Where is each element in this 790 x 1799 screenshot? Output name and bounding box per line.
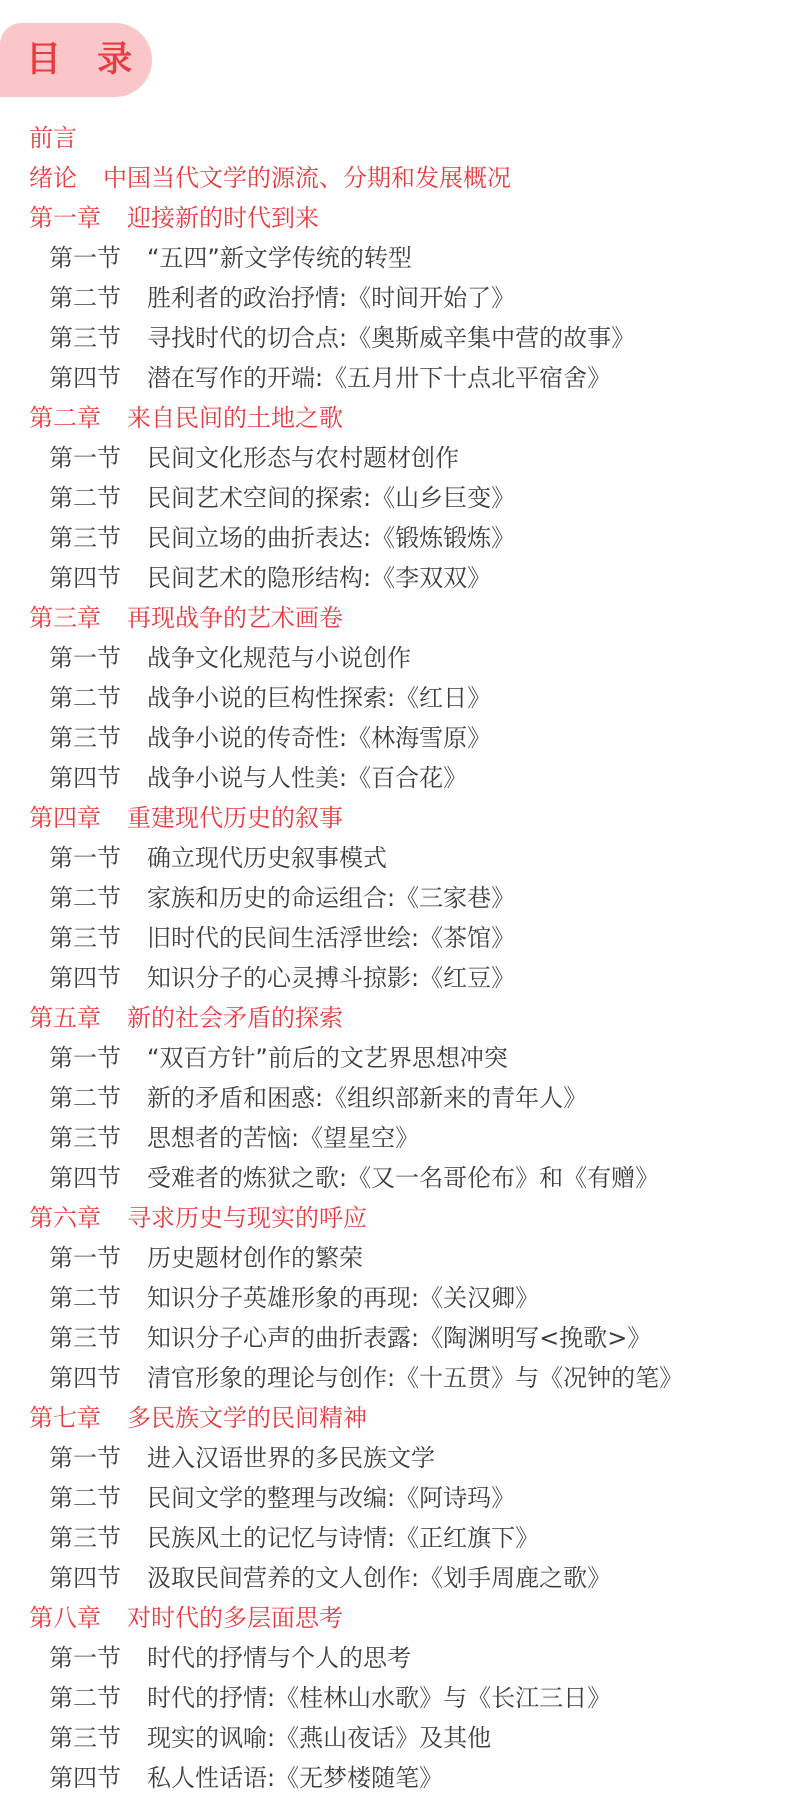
- toc-section-row[interactable]: 第一节时代的抒情与个人的思考: [0, 1638, 790, 1678]
- toc-section-row[interactable]: 第三节民间立场的曲折表达:《锻炼锻炼》: [0, 518, 790, 558]
- toc-item-title: 重建现代历史的叙事: [127, 798, 343, 838]
- toc-section-row[interactable]: 第一节战争文化规范与小说创作: [0, 638, 790, 678]
- toc-section-row[interactable]: 第二节民间文学的整理与改编:《阿诗玛》: [0, 1478, 790, 1518]
- toc-section-row[interactable]: 第一节民间文化形态与农村题材创作: [0, 438, 790, 478]
- toc-section-row[interactable]: 第一节确立现代历史叙事模式: [0, 838, 790, 878]
- toc-item-label: 第三节: [49, 1118, 121, 1158]
- toc-item-title: 进入汉语世界的多民族文学: [147, 1438, 435, 1478]
- toc-item-title: 历史题材创作的繁荣: [147, 1238, 363, 1278]
- toc-item-label: 第一章: [29, 198, 101, 238]
- toc-section-row[interactable]: 第三节思想者的苦恼:《望星空》: [0, 1118, 790, 1158]
- toc-page: { "banner": { "text": "目 录" }, "colors":…: [0, 0, 790, 1799]
- toc-item-title: 寻找时代的切合点:《奥斯威辛集中营的故事》: [147, 318, 635, 358]
- toc-item-title: 民族风土的记忆与诗情:《正红旗下》: [147, 1518, 539, 1558]
- toc-item-label: 第三章: [29, 598, 101, 638]
- toc-item-title: 迎接新的时代到来: [127, 198, 319, 238]
- toc-item-title: 知识分子心声的曲折表露:《陶渊明写<挽歌>》: [147, 1318, 651, 1358]
- toc-item-label: 第一节: [49, 1638, 121, 1678]
- toc-item-title: 时代的抒情:《桂林山水歌》与《长江三日》: [147, 1678, 611, 1718]
- toc-chapter-row[interactable]: 前言: [0, 118, 790, 158]
- toc-section-row[interactable]: 第三节战争小说的传奇性:《林海雪原》: [0, 718, 790, 758]
- toc-section-row[interactable]: 第二节胜利者的政治抒情:《时间开始了》: [0, 278, 790, 318]
- toc-item-label: 第四节: [49, 358, 121, 398]
- toc-item-title: 民间立场的曲折表达:《锻炼锻炼》: [147, 518, 515, 558]
- toc-section-row[interactable]: 第二节家族和历史的命运组合:《三家巷》: [0, 878, 790, 918]
- toc-item-label: 第二节: [49, 478, 121, 518]
- toc-section-row[interactable]: 第二节知识分子英雄形象的再现:《关汉卿》: [0, 1278, 790, 1318]
- toc-item-label: 第二节: [49, 1078, 121, 1118]
- toc-item-title: 寻求历史与现实的呼应: [127, 1198, 367, 1238]
- toc-item-title: 潜在写作的开端:《五月卅下十点北平宿舍》: [147, 358, 611, 398]
- toc-item-title: 知识分子的心灵搏斗掠影:《红豆》: [147, 958, 515, 998]
- toc-item-label: 第六章: [29, 1198, 101, 1238]
- toc-section-row[interactable]: 第二节新的矛盾和困惑:《组织部新来的青年人》: [0, 1078, 790, 1118]
- toc-section-row[interactable]: 第一节“双百方针”前后的文艺界思想冲突: [0, 1038, 790, 1078]
- toc-item-title: 再现战争的艺术画卷: [127, 598, 343, 638]
- toc-item-title: 胜利者的政治抒情:《时间开始了》: [147, 278, 515, 318]
- toc-item-title: 时代的抒情与个人的思考: [147, 1638, 411, 1678]
- toc-section-row[interactable]: 第三节知识分子心声的曲折表露:《陶渊明写<挽歌>》: [0, 1318, 790, 1358]
- toc-item-title: “五四”新文学传统的转型: [147, 238, 412, 278]
- toc-item-title: 私人性话语:《无梦楼随笔》: [147, 1758, 443, 1798]
- toc-section-row[interactable]: 第一节“五四”新文学传统的转型: [0, 238, 790, 278]
- toc-item-label: 第二节: [49, 678, 121, 718]
- toc-item-label: 第二节: [49, 278, 121, 318]
- toc-item-label: 第一节: [49, 638, 121, 678]
- toc-item-label: 第一节: [49, 838, 121, 878]
- toc-item-label: 前言: [29, 118, 77, 158]
- toc-item-label: 第四节: [49, 1158, 121, 1198]
- toc-item-label: 第一节: [49, 438, 121, 478]
- toc-item-label: 第八章: [29, 1598, 101, 1638]
- toc-item-label: 第四章: [29, 798, 101, 838]
- toc-chapter-row[interactable]: 第八章对时代的多层面思考: [0, 1598, 790, 1638]
- toc-banner: 目 录: [0, 23, 152, 97]
- toc-section-row[interactable]: 第二节战争小说的巨构性探索:《红日》: [0, 678, 790, 718]
- toc-item-label: 绪论: [29, 158, 77, 198]
- toc-item-label: 第三节: [49, 718, 121, 758]
- toc-item-label: 第一节: [49, 1438, 121, 1478]
- toc-item-title: 战争小说的传奇性:《林海雪原》: [147, 718, 491, 758]
- toc-item-title: 民间文化形态与农村题材创作: [147, 438, 459, 478]
- toc-item-label: 第四节: [49, 958, 121, 998]
- toc-item-label: 第四节: [49, 558, 121, 598]
- toc-item-title: 民间艺术的隐形结构:《李双双》: [147, 558, 491, 598]
- toc-item-title: 知识分子英雄形象的再现:《关汉卿》: [147, 1278, 539, 1318]
- toc-item-label: 第三节: [49, 1718, 121, 1758]
- toc-section-row[interactable]: 第四节潜在写作的开端:《五月卅下十点北平宿舍》: [0, 358, 790, 398]
- toc-item-title: 对时代的多层面思考: [127, 1598, 343, 1638]
- toc-item-label: 第一节: [49, 1038, 121, 1078]
- toc-list: 前言绪论中国当代文学的源流、分期和发展概况第一章迎接新的时代到来第一节“五四”新…: [0, 118, 790, 1798]
- toc-section-row[interactable]: 第四节战争小说与人性美:《百合花》: [0, 758, 790, 798]
- toc-section-row[interactable]: 第四节知识分子的心灵搏斗掠影:《红豆》: [0, 958, 790, 998]
- toc-section-row[interactable]: 第四节私人性话语:《无梦楼随笔》: [0, 1758, 790, 1798]
- toc-item-label: 第四节: [49, 758, 121, 798]
- toc-chapter-row[interactable]: 第三章再现战争的艺术画卷: [0, 598, 790, 638]
- toc-item-label: 第三节: [49, 1518, 121, 1558]
- toc-item-title: “双百方针”前后的文艺界思想冲突: [147, 1038, 508, 1078]
- toc-item-title: 思想者的苦恼:《望星空》: [147, 1118, 419, 1158]
- toc-item-title: 家族和历史的命运组合:《三家巷》: [147, 878, 515, 918]
- toc-section-row[interactable]: 第四节清官形象的理论与创作:《十五贯》与《况钟的笔》: [0, 1358, 790, 1398]
- toc-section-row[interactable]: 第三节寻找时代的切合点:《奥斯威辛集中营的故事》: [0, 318, 790, 358]
- toc-item-title: 多民族文学的民间精神: [127, 1398, 367, 1438]
- toc-item-title: 民间艺术空间的探索:《山乡巨变》: [147, 478, 515, 518]
- toc-item-title: 旧时代的民间生活浮世绘:《茶馆》: [147, 918, 515, 958]
- toc-banner-title: 目 录: [0, 23, 152, 97]
- toc-item-title: 清官形象的理论与创作:《十五贯》与《况钟的笔》: [147, 1358, 683, 1398]
- toc-item-label: 第七章: [29, 1398, 101, 1438]
- toc-item-label: 第二节: [49, 1478, 121, 1518]
- toc-item-title: 汲取民间营养的文人创作:《划手周鹿之歌》: [147, 1558, 611, 1598]
- toc-item-title: 受难者的炼狱之歌:《又一名哥伦布》和《有赠》: [147, 1158, 659, 1198]
- toc-item-title: 民间文学的整理与改编:《阿诗玛》: [147, 1478, 515, 1518]
- toc-item-label: 第四节: [49, 1558, 121, 1598]
- toc-section-row[interactable]: 第二节民间艺术空间的探索:《山乡巨变》: [0, 478, 790, 518]
- toc-section-row[interactable]: 第四节汲取民间营养的文人创作:《划手周鹿之歌》: [0, 1558, 790, 1598]
- toc-item-label: 第二节: [49, 1278, 121, 1318]
- toc-section-row[interactable]: 第一节进入汉语世界的多民族文学: [0, 1438, 790, 1478]
- toc-item-label: 第二节: [49, 1678, 121, 1718]
- toc-item-label: 第二章: [29, 398, 101, 438]
- toc-section-row[interactable]: 第三节现实的讽喻:《燕山夜话》及其他: [0, 1718, 790, 1758]
- toc-section-row[interactable]: 第四节民间艺术的隐形结构:《李双双》: [0, 558, 790, 598]
- toc-item-label: 第一节: [49, 238, 121, 278]
- toc-item-title: 战争小说的巨构性探索:《红日》: [147, 678, 491, 718]
- toc-item-label: 第三节: [49, 518, 121, 558]
- toc-chapter-row[interactable]: 第一章迎接新的时代到来: [0, 198, 790, 238]
- toc-chapter-row[interactable]: 第七章多民族文学的民间精神: [0, 1398, 790, 1438]
- toc-item-label: 第五章: [29, 998, 101, 1038]
- toc-section-row[interactable]: 第二节时代的抒情:《桂林山水歌》与《长江三日》: [0, 1678, 790, 1718]
- toc-chapter-row[interactable]: 第二章来自民间的土地之歌: [0, 398, 790, 438]
- toc-item-title: 战争文化规范与小说创作: [147, 638, 411, 678]
- toc-chapter-row[interactable]: 绪论中国当代文学的源流、分期和发展概况: [0, 158, 790, 198]
- toc-chapter-row[interactable]: 第四章重建现代历史的叙事: [0, 798, 790, 838]
- toc-item-title: 来自民间的土地之歌: [127, 398, 343, 438]
- toc-section-row[interactable]: 第三节民族风土的记忆与诗情:《正红旗下》: [0, 1518, 790, 1558]
- toc-item-label: 第四节: [49, 1758, 121, 1798]
- toc-section-row[interactable]: 第三节旧时代的民间生活浮世绘:《茶馆》: [0, 918, 790, 958]
- toc-item-label: 第三节: [49, 1318, 121, 1358]
- toc-item-title: 现实的讽喻:《燕山夜话》及其他: [147, 1718, 491, 1758]
- toc-item-title: 中国当代文学的源流、分期和发展概况: [103, 158, 511, 198]
- toc-item-title: 战争小说与人性美:《百合花》: [147, 758, 467, 798]
- toc-section-row[interactable]: 第四节受难者的炼狱之歌:《又一名哥伦布》和《有赠》: [0, 1158, 790, 1198]
- toc-item-title: 确立现代历史叙事模式: [147, 838, 387, 878]
- toc-item-label: 第一节: [49, 1238, 121, 1278]
- toc-section-row[interactable]: 第一节历史题材创作的繁荣: [0, 1238, 790, 1278]
- toc-item-title: 新的社会矛盾的探索: [127, 998, 343, 1038]
- toc-chapter-row[interactable]: 第五章新的社会矛盾的探索: [0, 998, 790, 1038]
- toc-chapter-row[interactable]: 第六章寻求历史与现实的呼应: [0, 1198, 790, 1238]
- toc-item-label: 第二节: [49, 878, 121, 918]
- toc-item-label: 第四节: [49, 1358, 121, 1398]
- toc-item-title: 新的矛盾和困惑:《组织部新来的青年人》: [147, 1078, 587, 1118]
- toc-item-label: 第三节: [49, 918, 121, 958]
- toc-item-label: 第三节: [49, 318, 121, 358]
